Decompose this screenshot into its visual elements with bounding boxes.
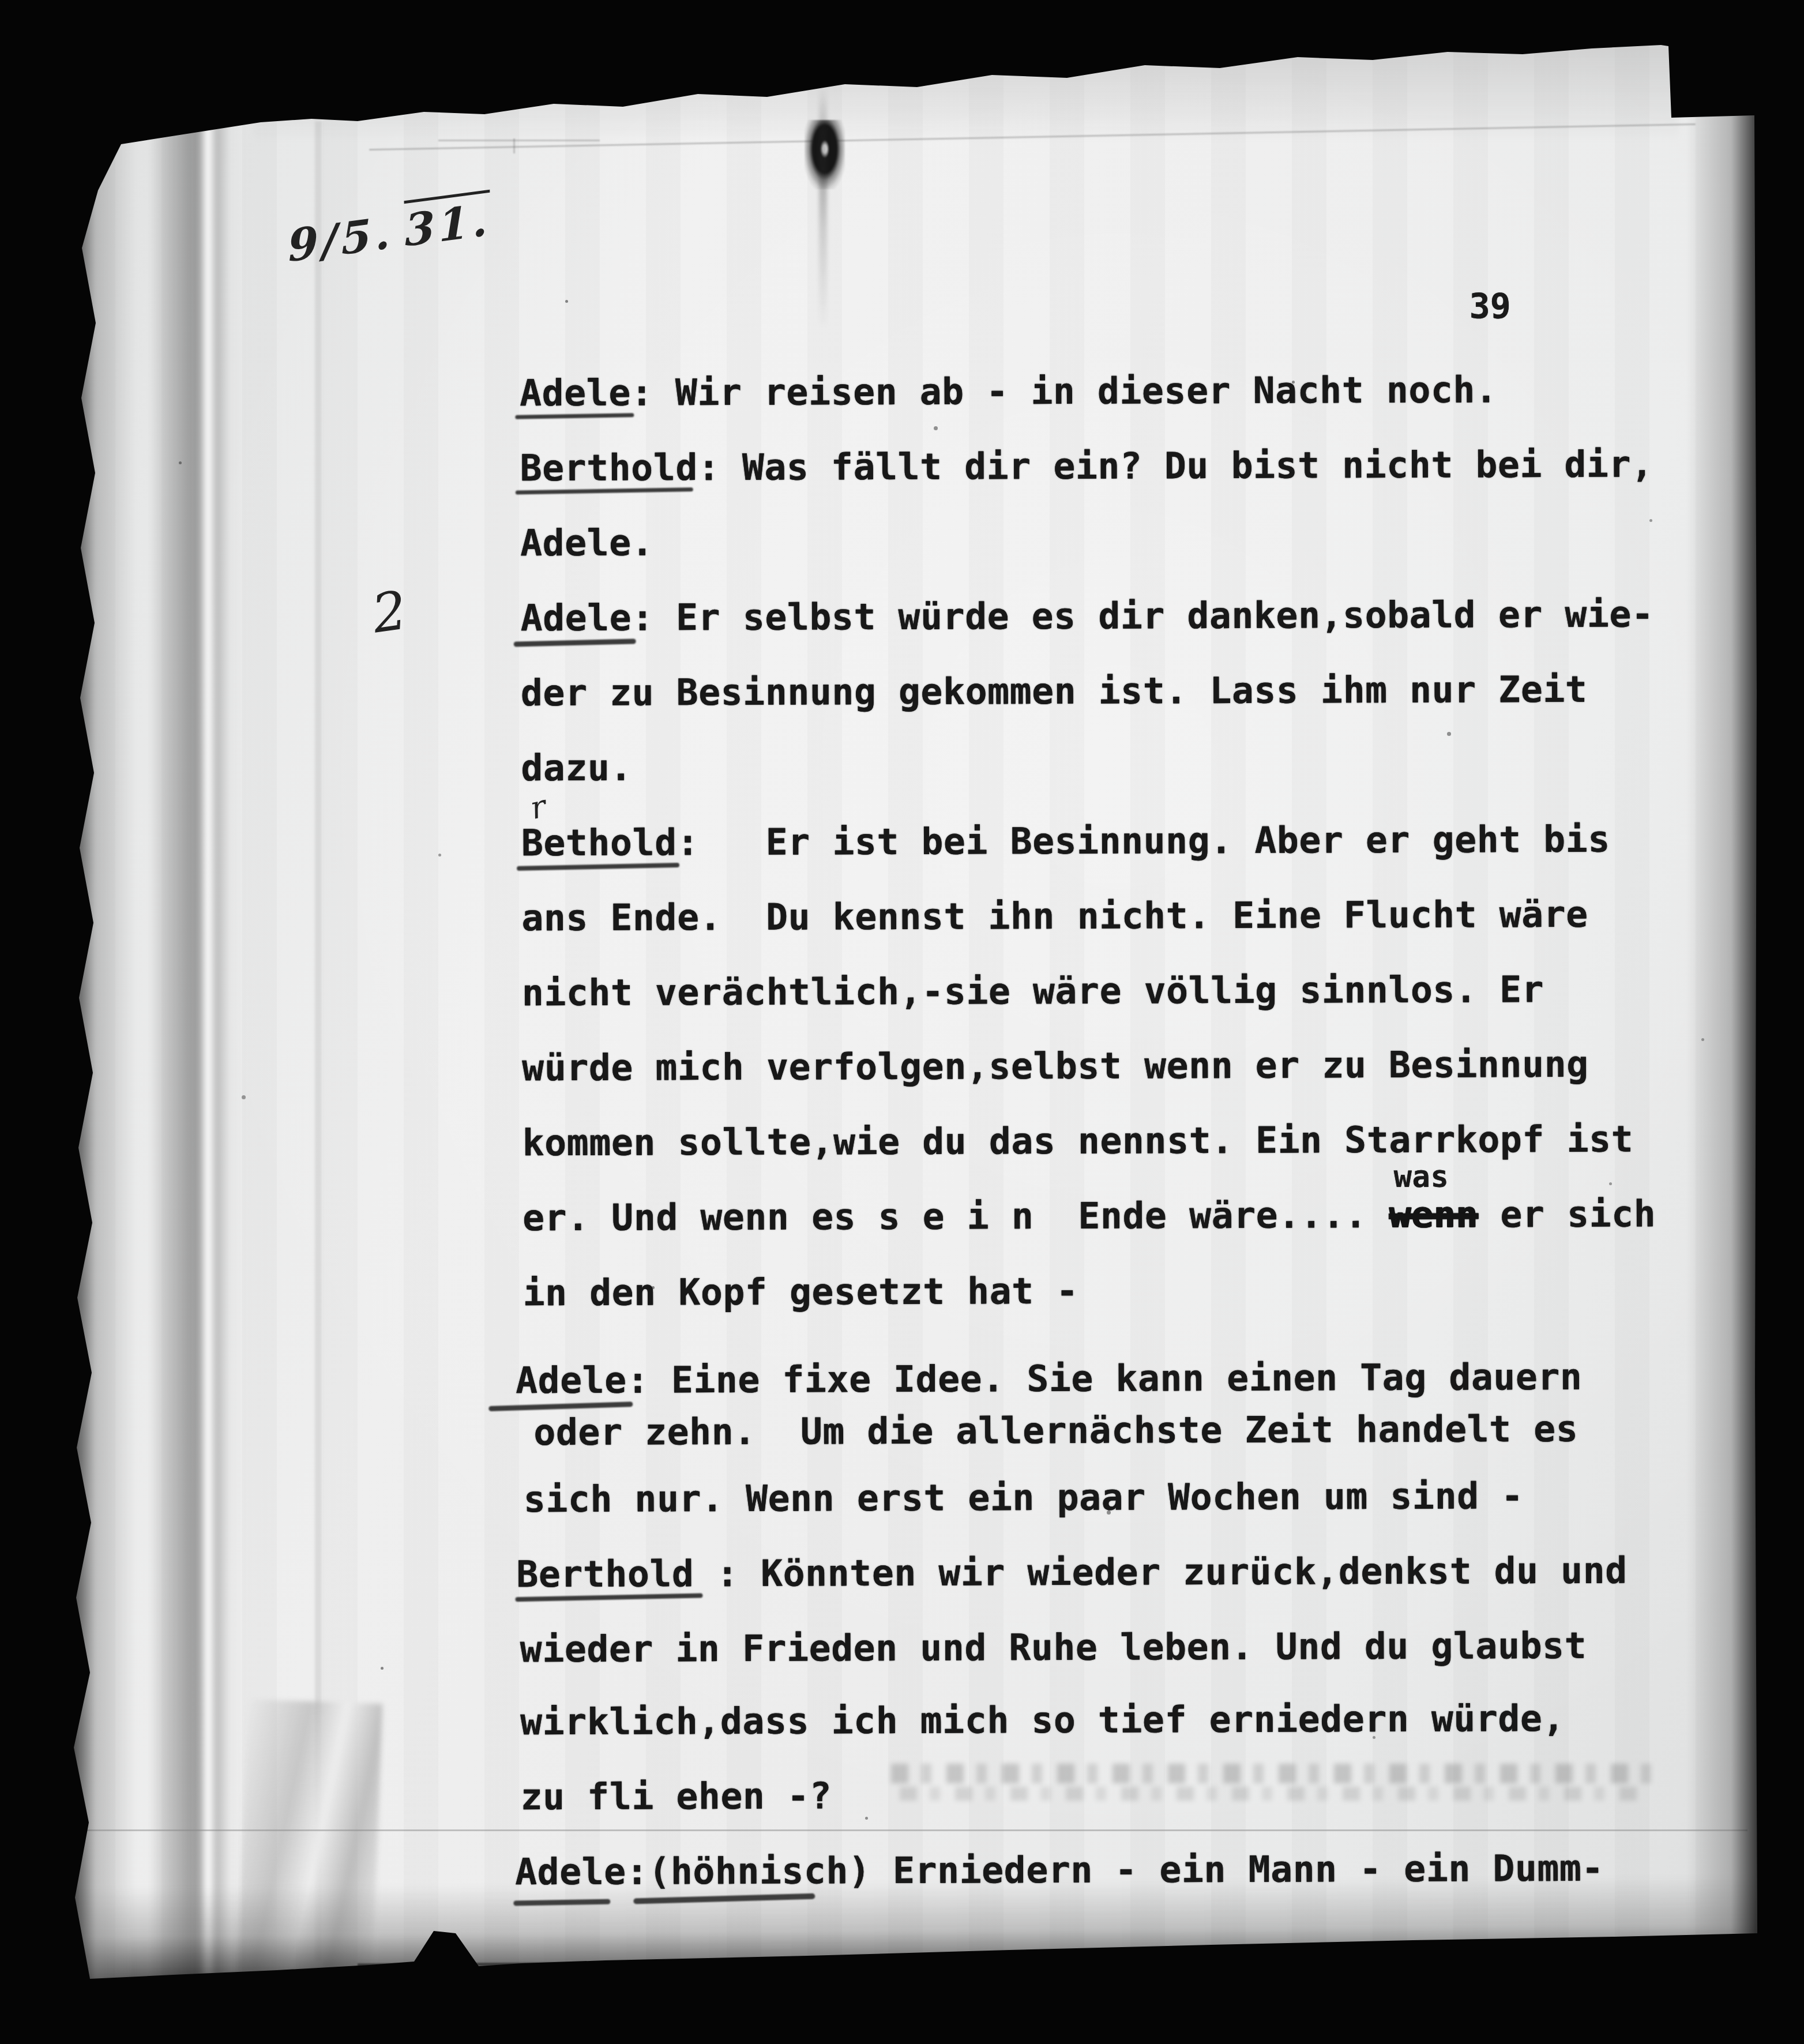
typed-line: dazu. (521, 750, 632, 787)
typed-line: in den Kopf gesetzt hat - (523, 1273, 1078, 1311)
typed-line: Berthold : Könnten wir wieder zurück,den… (516, 1553, 1628, 1593)
typed-line: ans Ende. Du kennst ihn nicht. Eine Fluc… (521, 896, 1588, 936)
typed-line: nicht verächtlich,-sie wäre völlig sinnl… (522, 971, 1544, 1011)
struck-word-wrap: wennwas (1389, 1197, 1478, 1234)
typed-line: Adele: Eine fixe Idee. Sie kann einen Ta… (516, 1359, 1583, 1399)
bottom-scan-fade (69, 1876, 1762, 1997)
typed-line: Bethold: Er ist bei Besinnung. Aber er g… (521, 821, 1610, 862)
typed-text-block: 39 Adele: Wir reisen ab - in dieser Nach… (0, 0, 1804, 2044)
typed-line: der zu Besinnung gekommen ist. Lass ihm … (521, 671, 1588, 711)
right-edge-shadow (1687, 107, 1759, 1941)
typed-line: würde mich verfolgen,selbst wenn er zu B… (522, 1046, 1589, 1086)
typed-line: Adele: Er selbst würde es dir danken,sob… (520, 596, 1653, 636)
typed-line-with-correction: er. Und wenn es s e i n Ende wäre.... we… (523, 1196, 1656, 1236)
typed-line: zu fli ehen -? (521, 1778, 832, 1815)
typed-line: Adele. (520, 524, 653, 561)
typed-line: wieder in Frieden und Ruhe leben. Und du… (520, 1628, 1587, 1667)
typed-line: Adele: Wir reisen ab - in dieser Nacht n… (520, 371, 1498, 411)
dust-speckles (0, 0, 3, 3)
left-edge-shadow (69, 115, 136, 1987)
paper-sheet: 9/5.31. 2 r 39 Adele: Wir reisen ab - in… (0, 0, 1804, 2044)
typed-line: wirklich,dass ich mich so tief erniedern… (520, 1700, 1565, 1740)
typed-correction-above: was (1393, 1162, 1449, 1192)
page-number: 39 (1469, 286, 1511, 326)
scan-background: 9/5.31. 2 r 39 Adele: Wir reisen ab - in… (0, 0, 1804, 2044)
correction-after: er sich (1478, 1193, 1656, 1235)
typed-line: oder zehn. Um die allernächste Zeit hand… (533, 1411, 1578, 1451)
typed-line: sich nur. Wenn erst ein paar Wochen um s… (524, 1478, 1524, 1517)
correction-before: er. Und wenn es s e i n Ende wäre.... (523, 1194, 1389, 1239)
speaker-underline (514, 638, 636, 647)
typed-line: Berthold: Was fällt dir ein? Du bist nic… (520, 446, 1653, 486)
typed-line: kommen sollte,wie du das nennst. Ein Sta… (523, 1121, 1634, 1162)
speaker-underline (488, 1402, 633, 1411)
struck-word: wenn (1389, 1194, 1478, 1237)
